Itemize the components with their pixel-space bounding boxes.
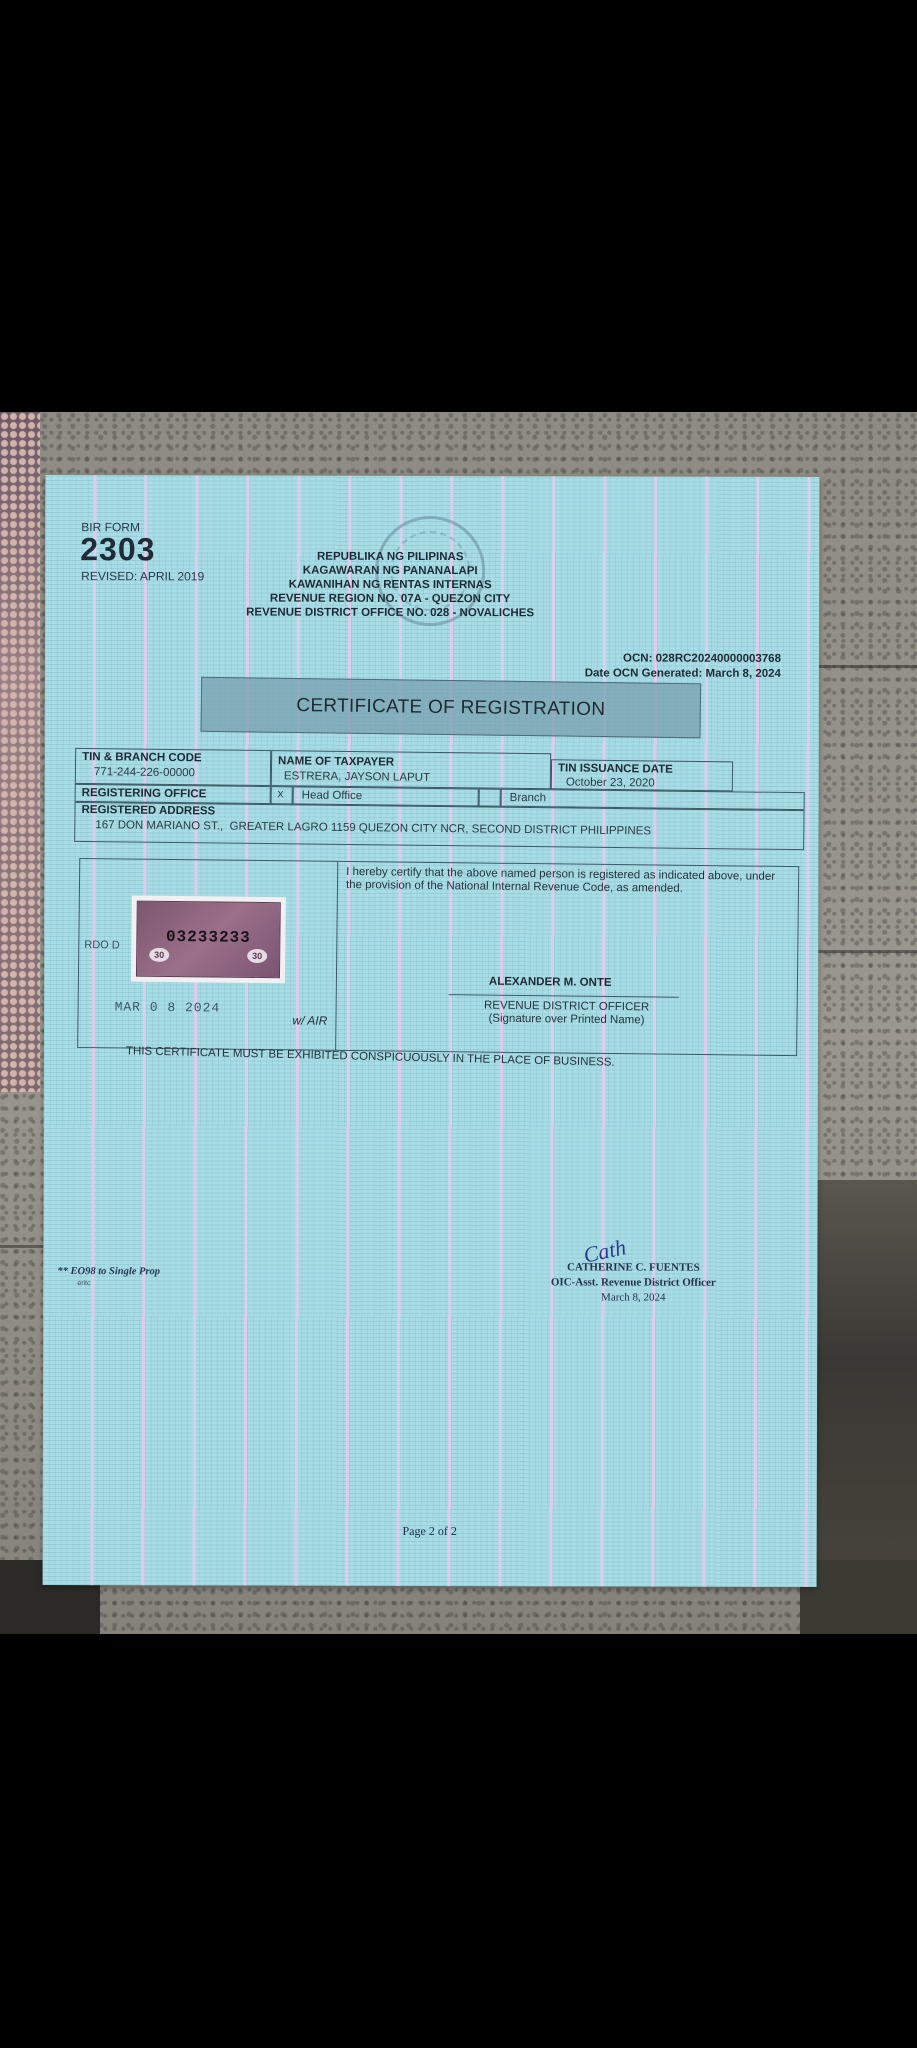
certification-box: RDO D 03233233 30 30 MAR 0 8 2024 w/ AIR… (77, 858, 799, 1056)
head-office-checkbox: x (271, 786, 293, 804)
officer-caption: (Signature over Printed Name) (466, 1012, 666, 1027)
background-bag (0, 412, 40, 1092)
certificate-document: BIR FORM 2303 REVISED: APRIL 2019 REPUBL… (43, 475, 820, 1587)
registering-office-label: REGISTERING OFFICE (82, 787, 207, 800)
signature-line (449, 994, 679, 998)
page-number: Page 2 of 2 (43, 1523, 817, 1540)
stamp-area: RDO D 03233233 30 30 MAR 0 8 2024 w/ AIR (78, 859, 338, 1050)
agency-line: REPUBLIKA NG PILIPINAS (225, 549, 555, 564)
rdo-label: RDO D (84, 939, 120, 951)
stamp-number: 03233233 (137, 928, 279, 948)
ocn-number: OCN: 028RC20240000003768 (585, 651, 781, 667)
head-office-mark: x (278, 788, 284, 800)
handwritten-initials: w/ AIR (292, 1013, 327, 1027)
agency-line: REVENUE DISTRICT OFFICE NO. 028 - NOVALI… (225, 605, 555, 620)
tin-cell: TIN & BRANCH CODE 771-244-226-00000 (75, 748, 271, 786)
form-number: 2303 (80, 531, 155, 568)
document-title: CERTIFICATE OF REGISTRATION (201, 677, 702, 739)
handwritten-note: ** EO98 to Single Prop (57, 1266, 160, 1277)
address-label: REGISTERED ADDRESS (81, 804, 215, 818)
certification-statement: I hereby certify that the above named pe… (346, 866, 792, 897)
ocn-block: OCN: 028RC20240000003768 Date OCN Genera… (585, 651, 781, 682)
head-office-option: Head Office (293, 786, 479, 806)
tin-value: 771-244-226-00000 (94, 766, 195, 779)
taxpayer-name-label: NAME OF TAXPAYER (278, 755, 394, 768)
oic-date: March 8, 2024 (533, 1290, 733, 1306)
ocn-date: Date OCN Generated: March 8, 2024 (585, 666, 781, 682)
agency-line: KAGAWARAN NG PANANALAPI (225, 563, 555, 578)
registering-office-cell: REGISTERING OFFICE (75, 784, 271, 804)
taxpayer-name-cell: NAME OF TAXPAYER ESTRERA, JAYSON LAPUT (271, 750, 551, 789)
oic-title: OIC-Asst. Revenue District Officer (533, 1275, 733, 1291)
stamp-image: 03233233 30 30 (136, 901, 281, 979)
head-office-label: Head Office (302, 789, 363, 802)
oic-name: CATHERINE C. FUENTES (533, 1260, 733, 1276)
stamp-value-right: 30 (247, 949, 267, 963)
branch-checkbox (479, 788, 501, 806)
address-cell: REGISTERED ADDRESS 167 DON MARIANO ST., … (74, 802, 804, 850)
received-date-stamp: MAR 0 8 2024 (115, 999, 221, 1015)
tin-issuance-value: October 23, 2020 (566, 776, 655, 789)
documentary-stamp: 03233233 30 30 (131, 896, 286, 984)
tin-label: TIN & BRANCH CODE (82, 751, 202, 764)
taxpayer-name-value: ESTRERA, JAYSON LAPUT (284, 770, 430, 784)
form-revision: REVISED: APRIL 2019 (81, 569, 204, 583)
agency-header: REPUBLIKA NG PILIPINAS KAGAWARAN NG PANA… (225, 549, 555, 620)
registration-table: TIN & BRANCH CODE 771-244-226-00000 NAME… (74, 748, 805, 862)
tin-issuance-label: TIN ISSUANCE DATE (558, 762, 673, 775)
address-value: 167 DON MARIANO ST., GREATER LAGRO 1159 … (95, 819, 651, 837)
branch-label: Branch (510, 792, 547, 804)
oic-block: CATHERINE C. FUENTES OIC-Asst. Revenue D… (533, 1260, 733, 1306)
officer-title-block: REVENUE DISTRICT OFFICER (Signature over… (466, 999, 666, 1027)
handwritten-note-sub: eritc (77, 1280, 90, 1287)
tin-issuance-cell: TIN ISSUANCE DATE October 23, 2020 (551, 759, 733, 791)
agency-line: REVENUE REGION NO. 07A - QUEZON CITY (225, 591, 555, 606)
stamp-value-left: 30 (149, 948, 169, 962)
agency-line: KAWANIHAN NG RENTAS INTERNAS (225, 577, 555, 592)
block-mortar-line (0, 1245, 44, 1248)
officer-name: ALEXANDER M. ONTE (489, 976, 612, 989)
